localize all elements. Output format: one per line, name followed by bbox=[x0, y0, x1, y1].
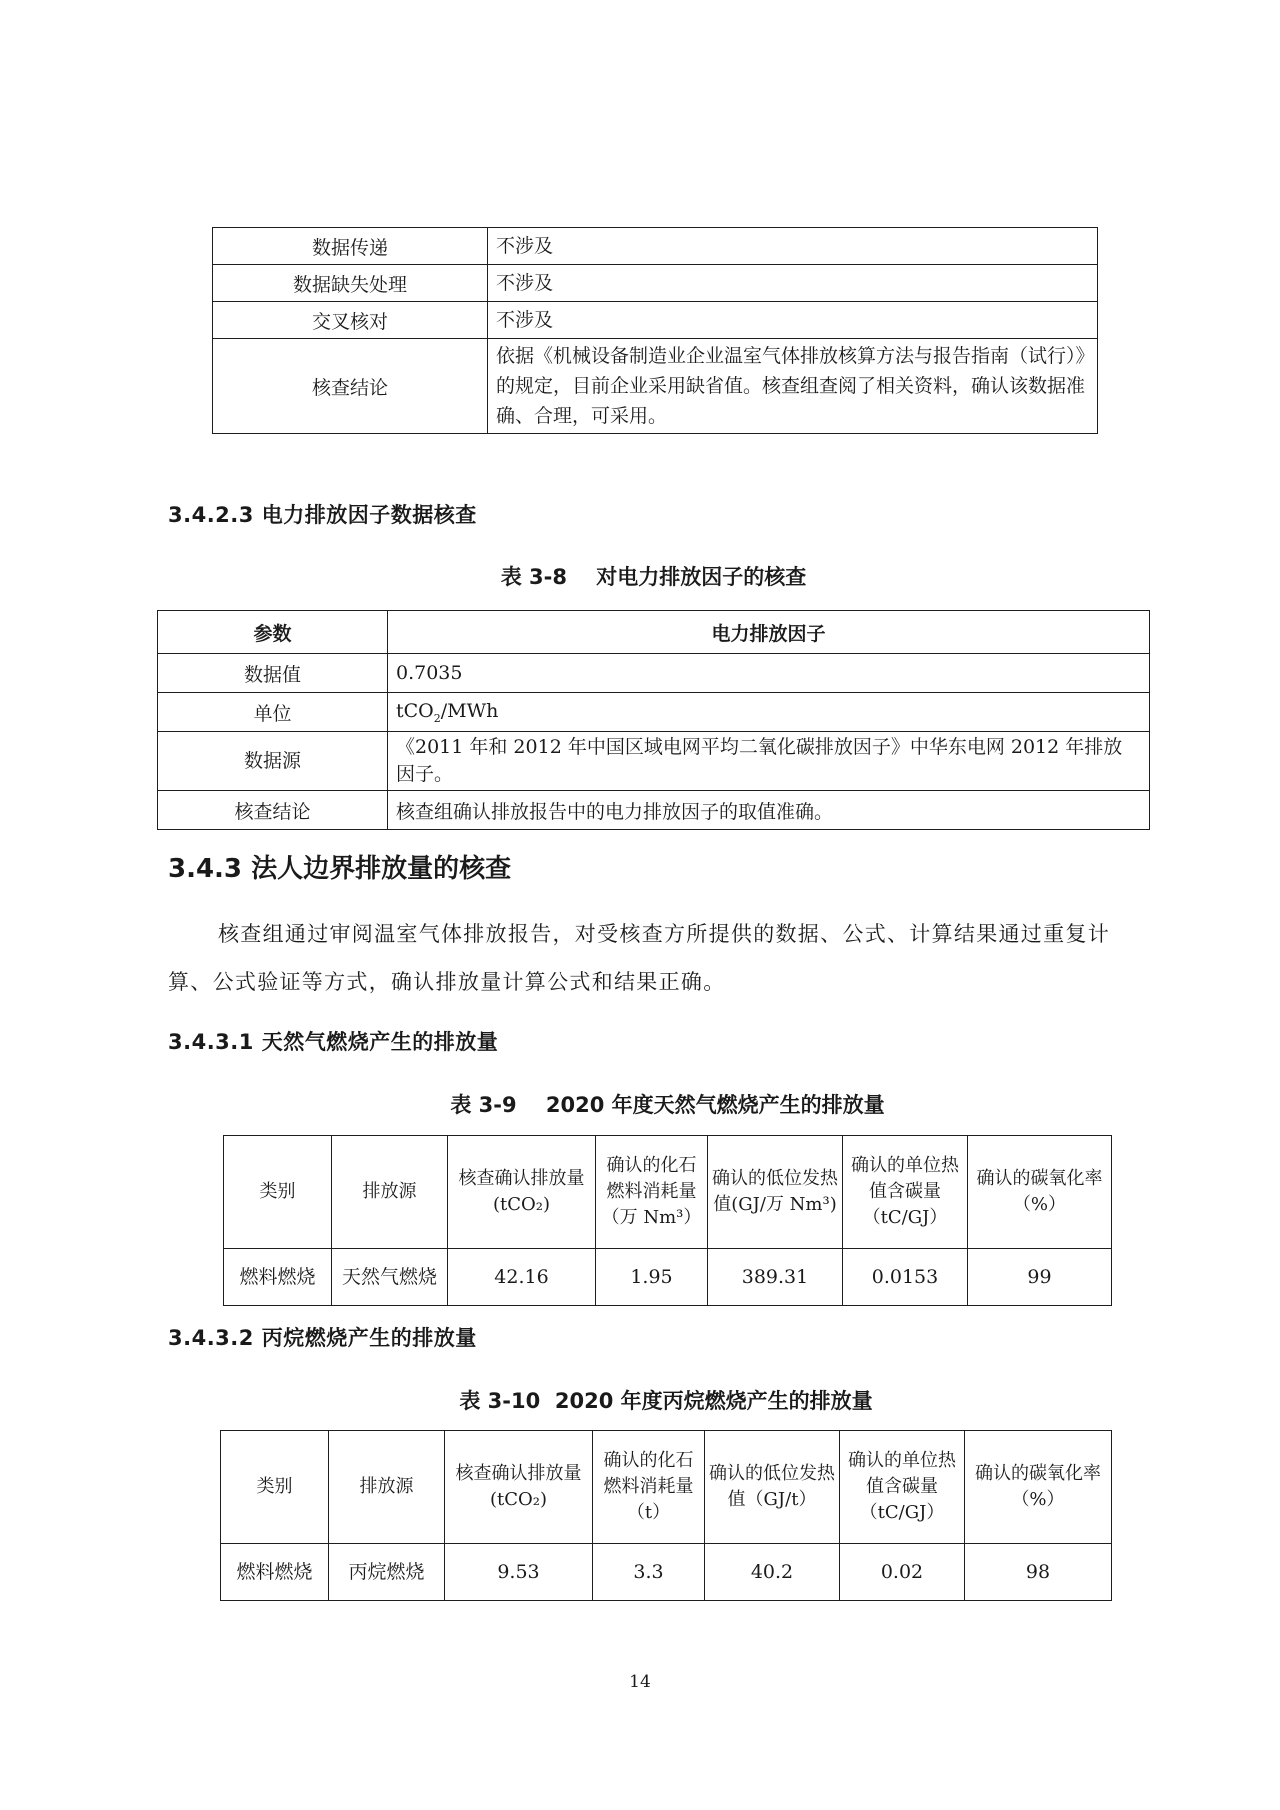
row-value: 不涉及 bbox=[488, 265, 1098, 302]
row-label: 数据值 bbox=[158, 654, 388, 693]
header-calorific-value: 确认的低位发热值（GJ/t） bbox=[705, 1431, 840, 1544]
table-row: 核查结论 依据《机械设备制造业企业温室气体排放核算方法与报告指南（试行）》的规定… bbox=[213, 339, 1098, 434]
row-value: 不涉及 bbox=[488, 228, 1098, 265]
row-value: tCO2/MWh bbox=[388, 693, 1150, 732]
table-row: 交叉核对 不涉及 bbox=[213, 302, 1098, 339]
row-label: 交叉核对 bbox=[213, 302, 488, 339]
header-carbon-content: 确认的单位热值含碳量（tC/GJ） bbox=[843, 1136, 968, 1249]
row-label: 数据源 bbox=[158, 732, 388, 791]
cell-category: 燃料燃烧 bbox=[221, 1544, 329, 1601]
cell-source: 丙烷燃烧 bbox=[329, 1544, 445, 1601]
row-value: 核查组确认排放报告中的电力排放因子的取值准确。 bbox=[388, 791, 1150, 830]
unit-suffix: /MWh bbox=[441, 700, 499, 722]
header-fuel-consumption: 确认的化石燃料消耗量（t） bbox=[593, 1431, 705, 1544]
table-row: 数据传递 不涉及 bbox=[213, 228, 1098, 265]
data-quality-table: 数据传递 不涉及 数据缺失处理 不涉及 交叉核对 不涉及 核查结论 依据《机械设… bbox=[212, 227, 1098, 434]
section-heading-3432: 3.4.3.2 丙烷燃烧产生的排放量 bbox=[168, 1322, 477, 1352]
table-header-row: 类别 排放源 核查确认排放量(tCO₂) 确认的化石燃料消耗量（万 Nm³） 确… bbox=[224, 1136, 1112, 1249]
row-label: 数据缺失处理 bbox=[213, 265, 488, 302]
header-param: 参数 bbox=[158, 611, 388, 654]
table-caption-3-8: 表 3-8 对电力排放因子的核查 bbox=[157, 561, 1150, 591]
table-row: 燃料燃烧 天然气燃烧 42.16 1.95 389.31 0.0153 99 bbox=[224, 1249, 1112, 1306]
row-label: 单位 bbox=[158, 693, 388, 732]
unit-subscript: 2 bbox=[434, 711, 441, 724]
row-label: 核查结论 bbox=[158, 791, 388, 830]
section-heading-3431: 3.4.3.1 天然气燃烧产生的排放量 bbox=[168, 1026, 498, 1056]
table-row: 数据源 《2011 年和 2012 年中国区域电网平均二氧化碳排放因子》中华东电… bbox=[158, 732, 1150, 791]
row-value: 0.7035 bbox=[388, 654, 1150, 693]
header-source: 排放源 bbox=[332, 1136, 448, 1249]
table-row: 核查结论 核查组确认排放报告中的电力排放因子的取值准确。 bbox=[158, 791, 1150, 830]
table-header-row: 类别 排放源 核查确认排放量(tCO₂) 确认的化石燃料消耗量（t） 确认的低位… bbox=[221, 1431, 1112, 1544]
row-value: 《2011 年和 2012 年中国区域电网平均二氧化碳排放因子》中华东电网 20… bbox=[388, 732, 1150, 791]
cell-fuel-consumption: 3.3 bbox=[593, 1544, 705, 1601]
unit-prefix: tCO bbox=[396, 700, 434, 722]
propane-emissions-table: 类别 排放源 核查确认排放量(tCO₂) 确认的化石燃料消耗量（t） 确认的低位… bbox=[220, 1430, 1112, 1601]
cell-verified-emissions: 9.53 bbox=[445, 1544, 593, 1601]
header-verified-emissions: 核查确认排放量(tCO₂) bbox=[448, 1136, 596, 1249]
cell-source: 天然气燃烧 bbox=[332, 1249, 448, 1306]
row-label: 核查结论 bbox=[213, 339, 488, 434]
section-heading-3423: 3.4.2.3 电力排放因子数据核查 bbox=[168, 499, 477, 529]
table-caption-3-9: 表 3-9 2020 年度天然气燃烧产生的排放量 bbox=[223, 1089, 1112, 1119]
row-label: 数据传递 bbox=[213, 228, 488, 265]
cell-oxidation-rate: 99 bbox=[968, 1249, 1112, 1306]
page-number: 14 bbox=[0, 1672, 1280, 1692]
header-category: 类别 bbox=[221, 1431, 329, 1544]
table-header-row: 参数 电力排放因子 bbox=[158, 611, 1150, 654]
row-value: 不涉及 bbox=[488, 302, 1098, 339]
header-oxidation-rate: 确认的碳氧化率（%） bbox=[968, 1136, 1112, 1249]
cell-calorific-value: 40.2 bbox=[705, 1544, 840, 1601]
table-caption-3-10: 表 3-10 2020 年度丙烷燃烧产生的排放量 bbox=[220, 1385, 1112, 1415]
header-value: 电力排放因子 bbox=[388, 611, 1150, 654]
cell-category: 燃料燃烧 bbox=[224, 1249, 332, 1306]
table-row: 单位 tCO2/MWh bbox=[158, 693, 1150, 732]
cell-carbon-content: 0.02 bbox=[840, 1544, 965, 1601]
header-category: 类别 bbox=[224, 1136, 332, 1249]
row-value: 依据《机械设备制造业企业温室气体排放核算方法与报告指南（试行）》的规定，目前企业… bbox=[488, 339, 1098, 434]
header-source: 排放源 bbox=[329, 1431, 445, 1544]
emission-factor-table: 参数 电力排放因子 数据值 0.7035 单位 tCO2/MWh 数据源 《20… bbox=[157, 610, 1150, 830]
cell-verified-emissions: 42.16 bbox=[448, 1249, 596, 1306]
section-paragraph: 核查组通过审阅温室气体排放报告，对受核查方所提供的数据、公式、计算结果通过重复计… bbox=[168, 910, 1136, 1006]
table-row: 燃料燃烧 丙烷燃烧 9.53 3.3 40.2 0.02 98 bbox=[221, 1544, 1112, 1601]
cell-oxidation-rate: 98 bbox=[965, 1544, 1112, 1601]
table-row: 数据值 0.7035 bbox=[158, 654, 1150, 693]
header-carbon-content: 确认的单位热值含碳量（tC/GJ） bbox=[840, 1431, 965, 1544]
cell-fuel-consumption: 1.95 bbox=[596, 1249, 708, 1306]
header-oxidation-rate: 确认的碳氧化率（%） bbox=[965, 1431, 1112, 1544]
header-fuel-consumption: 确认的化石燃料消耗量（万 Nm³） bbox=[596, 1136, 708, 1249]
table-row: 数据缺失处理 不涉及 bbox=[213, 265, 1098, 302]
section-heading-343: 3.4.3 法人边界排放量的核查 bbox=[168, 848, 511, 885]
cell-carbon-content: 0.0153 bbox=[843, 1249, 968, 1306]
natural-gas-emissions-table: 类别 排放源 核查确认排放量(tCO₂) 确认的化石燃料消耗量（万 Nm³） 确… bbox=[223, 1135, 1112, 1306]
header-calorific-value: 确认的低位发热值(GJ/万 Nm³) bbox=[708, 1136, 843, 1249]
header-verified-emissions: 核查确认排放量(tCO₂) bbox=[445, 1431, 593, 1544]
cell-calorific-value: 389.31 bbox=[708, 1249, 843, 1306]
